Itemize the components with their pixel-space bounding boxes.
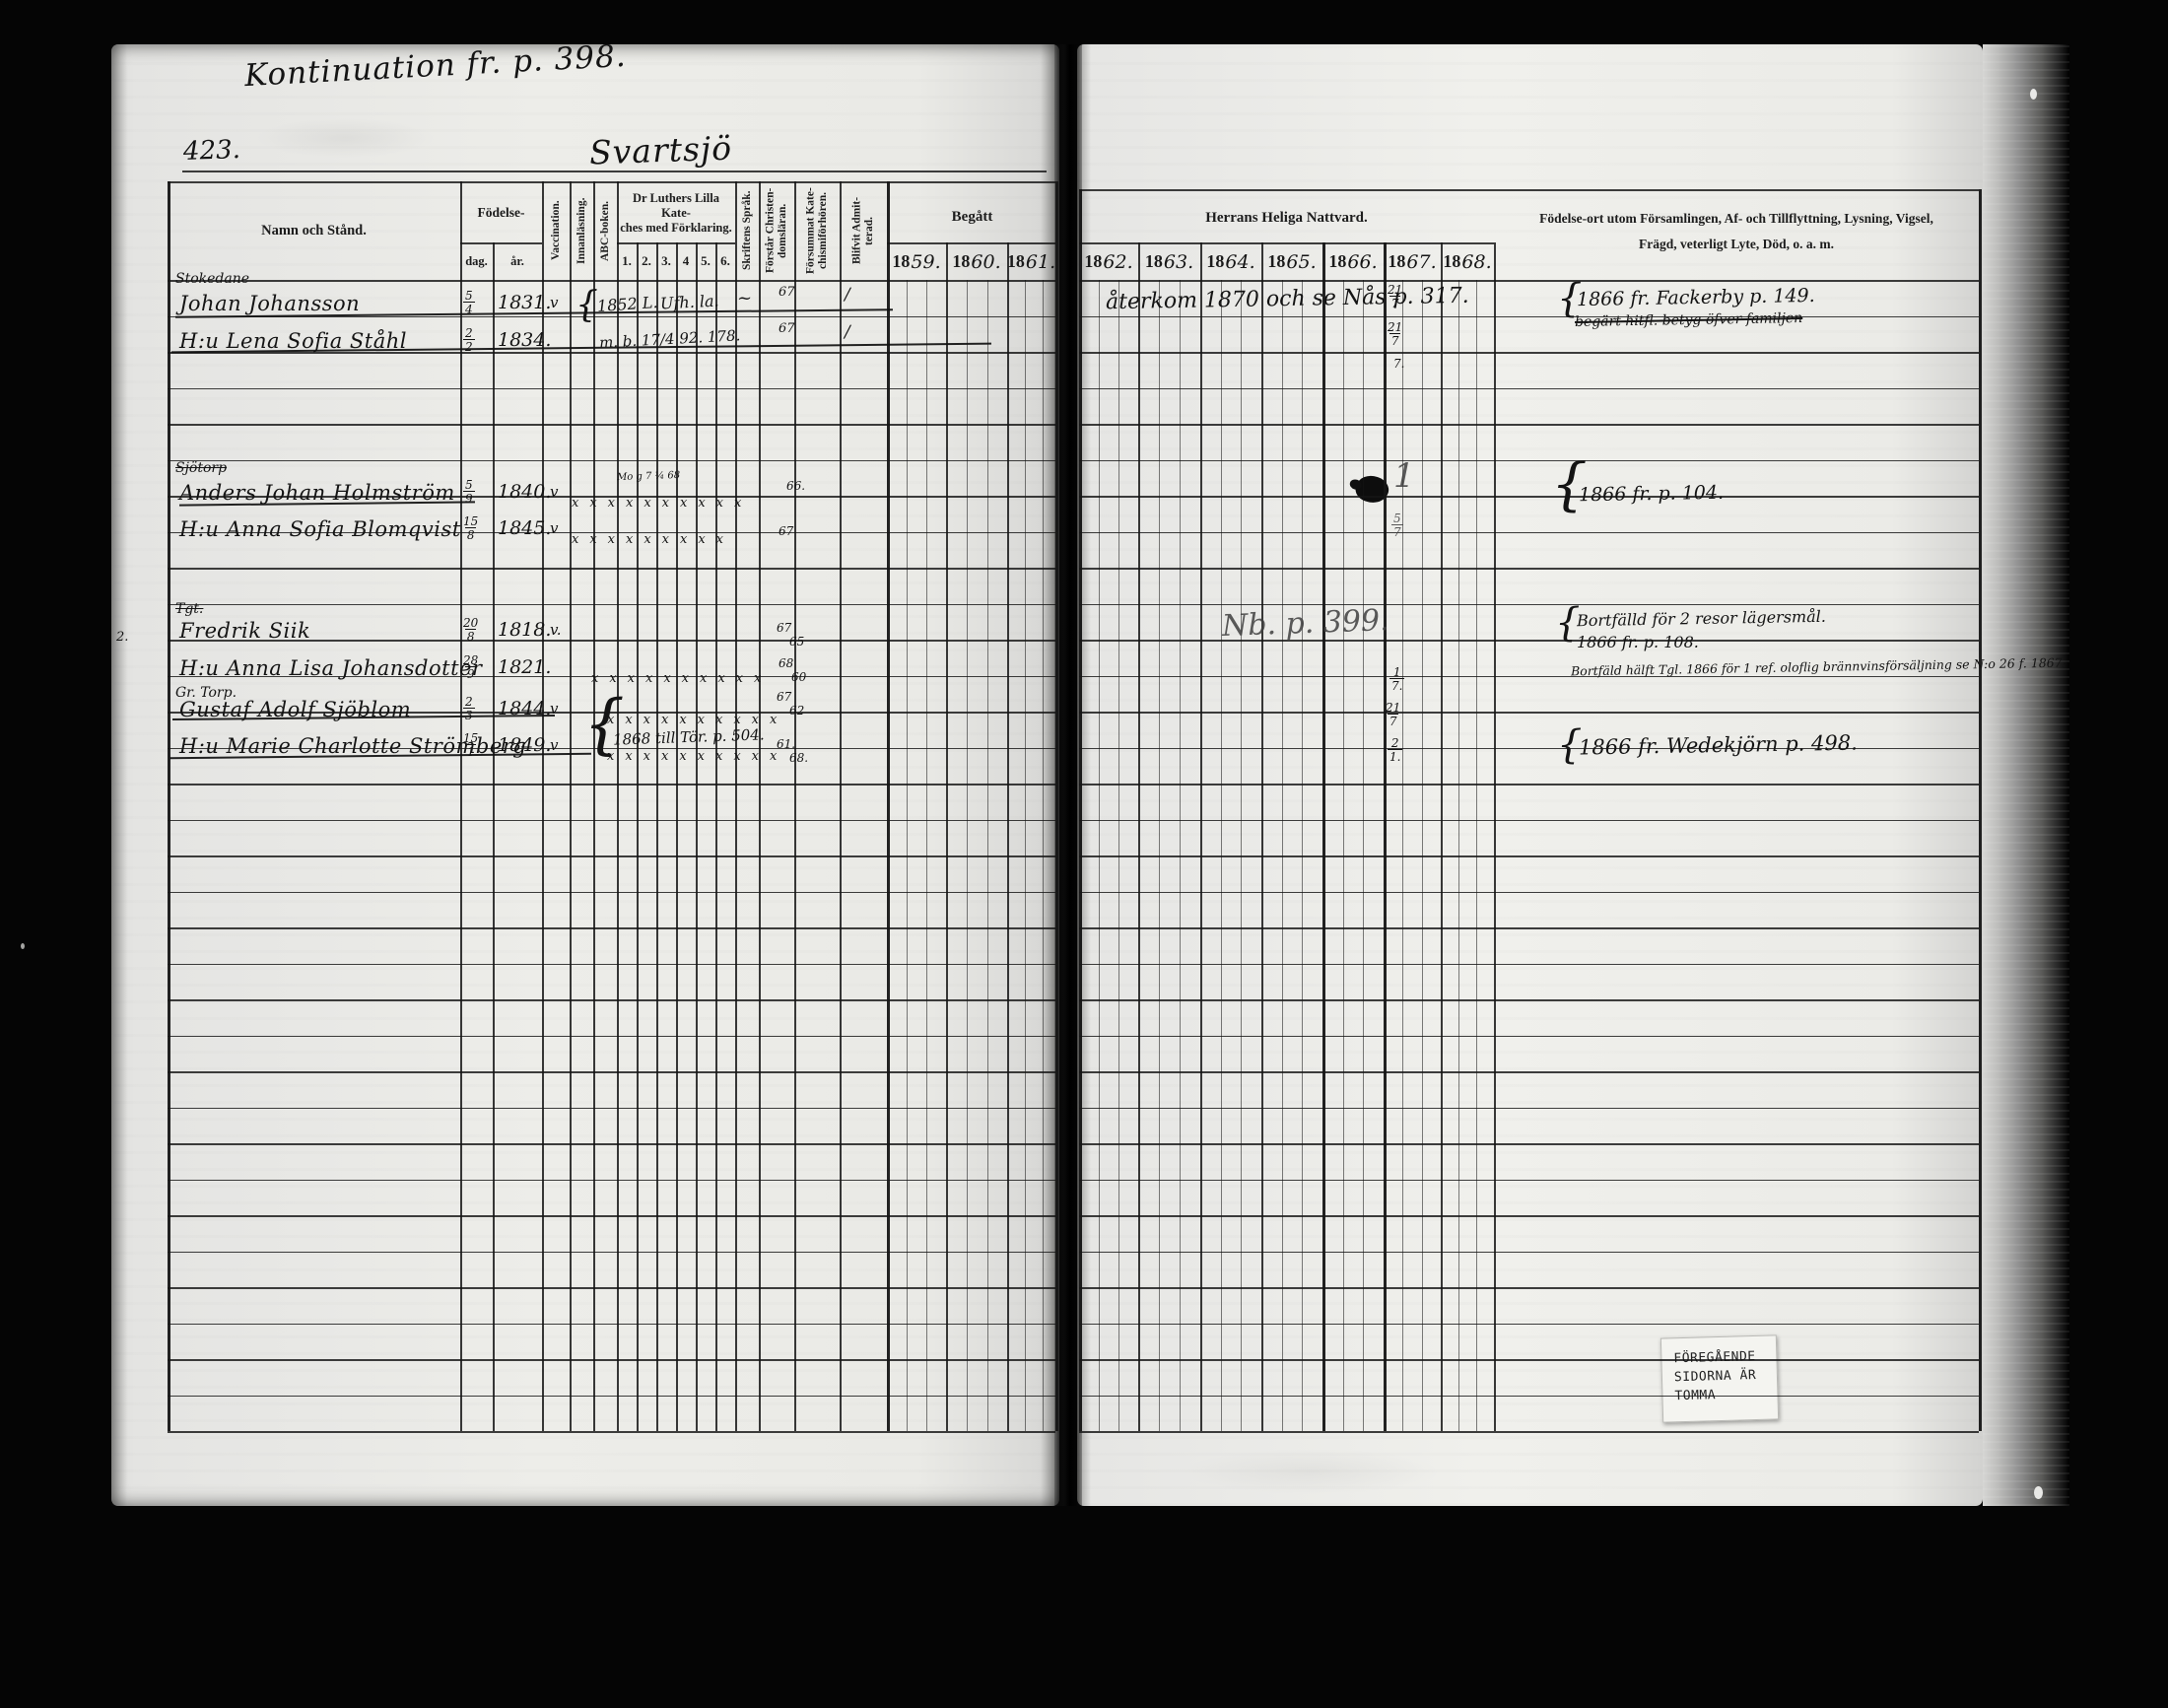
grid-hline (1079, 424, 1979, 426)
entry-group-label: Stokedane (175, 272, 249, 286)
ink-annotation: 2. (116, 631, 128, 644)
grid-hline (168, 280, 1055, 282)
entry-name: H:u Anna Sofia Blomqvist (179, 519, 461, 540)
entry-birth-day: 54 (463, 290, 475, 315)
grid-hline (1079, 927, 1979, 929)
entry-birth-day: 158 (463, 515, 478, 541)
page-edges (1983, 44, 2069, 1506)
entry-catechism-marks: xxxxxxxxx (572, 533, 734, 546)
grid-hline (1079, 1431, 1979, 1433)
grid-hline (1079, 280, 1979, 282)
ink-annotation: 1866 fr. p. 104. (1579, 484, 1724, 506)
header-catechism: Dr Luthers Lilla Kate- ches med Förklari… (617, 185, 735, 240)
header-catechism-number: 2. (637, 242, 656, 280)
ink-annotation: Ufh. la. (660, 293, 719, 311)
entry-catechism-marks: xxxxxxxxxx (572, 497, 752, 510)
grid-vline (794, 181, 796, 1431)
grid-hline (168, 460, 1055, 462)
scan-fleck (21, 943, 25, 949)
entry-vaccination-mark: v (550, 521, 558, 536)
entry-birth-day: 289 (463, 654, 478, 680)
header-catechism-number: 5. (696, 242, 715, 280)
grid-vline (542, 181, 544, 1431)
header-vertical-col: Skriftens Språk. (735, 185, 759, 276)
entry-vaccination-mark: v. (550, 623, 561, 638)
entry-group-label: Tgt. (175, 602, 203, 616)
grid-vline (1979, 189, 1982, 1431)
header-vertical-col: Vaccination. (542, 185, 570, 276)
grid-hline (460, 242, 542, 244)
grid-hline (1079, 189, 1979, 191)
grid-hline (168, 1287, 1055, 1289)
grid-hline (1079, 855, 1979, 857)
grid-hline (1079, 388, 1979, 390)
grid-hline (1079, 1036, 1979, 1038)
grid-hline (168, 388, 1055, 390)
grid-hline (168, 604, 1055, 606)
entry-birth-year: 1821. (498, 658, 551, 677)
grid-vline (1079, 189, 1082, 1431)
entry-vaccination-mark: v (550, 485, 558, 500)
grid-hline (1079, 1108, 1979, 1110)
grid-hline (168, 1359, 1055, 1361)
ink-annotation: Bortfälld för 2 resor lägersmål. (1577, 609, 1826, 629)
entry-catechism-marks: xxxxxxxxxx (591, 672, 772, 685)
grid-hline (168, 855, 1055, 857)
ink-annotation: 66. (786, 480, 805, 492)
ink-fraction: 217 (1388, 321, 1402, 347)
ink-annotation: 67 (777, 622, 791, 634)
grid-hline (168, 1180, 1055, 1182)
ink-fraction: 217 (1386, 702, 1400, 727)
grid-hline (1079, 604, 1979, 606)
entry-catechism-marks: xxxxxxxxxx (607, 750, 787, 763)
grid-hline (1079, 568, 1979, 570)
begatt-year: 1859. (887, 242, 946, 280)
grid-hline (1079, 1359, 1979, 1361)
scan-fleck (2030, 89, 2037, 100)
ink-annotation: 1866 fr. Fackerby p. 149. (1577, 287, 1815, 309)
ink-fraction: 217 (1388, 284, 1402, 309)
entry-birth-year: 1831. (498, 294, 551, 312)
ink-annotation: 65 (789, 636, 804, 648)
archive-stamp: FÖREGÅENDE SIDORNA ÄR TOMMA (1660, 1334, 1779, 1422)
entry-name: Anders Johan Holmström (179, 483, 455, 504)
grid-hline (1079, 352, 1979, 354)
ink-annotation: 7. (1393, 358, 1404, 370)
ink-annotation: ∕ (845, 287, 850, 304)
entry-vaccination-mark: v (550, 738, 558, 753)
grid-hline (168, 1143, 1055, 1145)
grid-hline (1079, 1215, 1979, 1217)
grid-hline (1079, 999, 1979, 1001)
grid-hline (168, 999, 1055, 1001)
header-catechism-number: 3. (656, 242, 676, 280)
grid-hline (1079, 964, 1979, 966)
grid-hline (168, 424, 1055, 426)
header-catechism-number: 4 (676, 242, 696, 280)
grid-hline (168, 1215, 1055, 1217)
ink-annotation: 68 (779, 657, 793, 669)
grid-hline (1079, 1143, 1979, 1145)
grid-vline (1055, 181, 1058, 1431)
header-vertical-col: Innanläsning. (570, 185, 593, 276)
grid-vline (735, 181, 737, 1431)
book-gutter (1054, 44, 1082, 1506)
grid-hline (1079, 1071, 1979, 1073)
entry-name: H:u Anna Lisa Johansdotter (179, 658, 482, 679)
communion-year: 1864. (1200, 242, 1261, 280)
grid-hline (168, 1036, 1055, 1038)
header-vertical-col: Försummat Kate- chismiförhören. (794, 185, 840, 276)
grid-hline (1079, 640, 1979, 642)
header-birth-day: dag. (460, 242, 493, 280)
ink-annotation: 68. (789, 752, 808, 764)
header-catechism-number: 1. (617, 242, 637, 280)
entry-vaccination-mark: v (550, 296, 558, 310)
ink-annotation: Nb. p. 399. (1222, 606, 1390, 642)
ink-annotation: 1 (1393, 459, 1415, 493)
grid-hline (1079, 460, 1979, 462)
communion-year: 1862. (1079, 242, 1138, 280)
ink-annotation: { (576, 288, 598, 323)
grid-hline (1079, 1180, 1979, 1182)
grid-vline (460, 181, 462, 1431)
begatt-year: 1861. (1007, 242, 1055, 280)
grid-hline (168, 1324, 1055, 1326)
ink-annotation: 67 (779, 322, 795, 335)
grid-hline (1079, 496, 1979, 498)
grid-hline (168, 1431, 1055, 1433)
grid-hline (1079, 676, 1979, 678)
ink-annotation: 1866 fr. p. 108. (1577, 635, 1699, 650)
grid-vline (570, 181, 572, 1431)
header-vertical-col: ABC-boken. (593, 185, 617, 276)
entry-catechism-marks: xxxxxxxxxx (607, 714, 787, 726)
grid-vline (887, 181, 890, 1431)
communion-year: 1866. (1322, 242, 1384, 280)
ink-fraction: 57 (1391, 512, 1403, 538)
grid-hline (1079, 892, 1979, 894)
grid-hline (168, 1252, 1055, 1254)
entry-birth-year: 1818. (498, 621, 551, 640)
grid-vline (759, 181, 761, 1431)
grid-hline (168, 568, 1055, 570)
grid-vline (168, 181, 170, 1431)
entry-group-label: Sjötorp (175, 461, 227, 475)
ink-annotation: begärt hitfl. betyg öfver familjen (1575, 311, 1802, 329)
grid-hline (168, 181, 1055, 183)
entry-birth-year: 1845. (498, 519, 551, 538)
ink-annotation: 1852 L. (597, 295, 658, 314)
ink-annotation: 67 (779, 525, 793, 537)
grid-hline (168, 1071, 1055, 1073)
ink-fraction: 17. (1389, 666, 1404, 692)
grid-hline (168, 1108, 1055, 1110)
grid-hline (1079, 784, 1979, 786)
ink-annotation: 61. (777, 738, 795, 750)
entry-birth-day: 208 (463, 617, 478, 643)
grid-hline (1079, 820, 1979, 822)
grid-hline (1079, 316, 1979, 318)
ink-annotation: 67 (779, 286, 795, 299)
grid-vline (840, 181, 842, 1431)
header-catechism-number: 6. (715, 242, 735, 280)
grid-hline (1079, 1252, 1979, 1254)
scanned-parish-register: Kontinuation fr. p. 398. 423. Svartsjö N… (0, 0, 2168, 1708)
ink-annotation: 67 (777, 691, 791, 703)
ink-annotation: ~ (737, 290, 752, 307)
header-name-col: Namn och Stånd. (168, 181, 460, 280)
header-remarks: Födelse-ort utom Församlingen, Af- och T… (1506, 197, 1967, 266)
grid-hline (168, 927, 1055, 929)
entry-birth-year: 1840. (498, 483, 551, 502)
grid-hline (168, 820, 1055, 822)
entry-birth-year: 1849. (498, 736, 551, 755)
header-begatt: Begått (887, 193, 1057, 240)
entry-name: Fredrik Siik (179, 621, 310, 642)
communion-year: 1863. (1138, 242, 1200, 280)
header-birth: Födelse- (460, 187, 542, 239)
communion-year: 1867. (1384, 242, 1441, 280)
ink-annotation: ∕ (845, 324, 850, 341)
grid-hline (168, 892, 1055, 894)
top-rule (182, 171, 1047, 172)
parish-title: Svartsjö (588, 131, 732, 169)
begatt-year: 1860. (946, 242, 1007, 280)
ink-annotation: 62 (789, 705, 804, 717)
communion-year: 1868. (1441, 242, 1494, 280)
grid-hline (1079, 712, 1979, 714)
ink-fraction: 21. (1388, 737, 1402, 763)
header-vertical-col: Blifvit Admit- terad. (840, 185, 887, 276)
grid-hline (1079, 1324, 1979, 1326)
grid-hline (168, 784, 1055, 786)
entry-name: Johan Johansson (179, 294, 360, 314)
communion-year: 1865. (1261, 242, 1322, 280)
header-birth-year: år. (493, 242, 542, 280)
scan-fleck (2034, 1486, 2043, 1499)
grid-hline (1079, 1287, 1979, 1289)
header-vertical-col: Förstår Christen- domsläran. (759, 185, 794, 276)
grid-hline (1079, 1396, 1979, 1398)
grid-vline (593, 181, 595, 1431)
page-number: 423. (183, 137, 241, 165)
ink-annotation: 60 (791, 671, 806, 683)
grid-vline (617, 181, 619, 1431)
grid-hline (168, 1396, 1055, 1398)
grid-hline (1079, 532, 1979, 534)
header-communion: Herrans Heliga Nattvard. (1079, 195, 1494, 240)
grid-hline (168, 964, 1055, 966)
ink-annotation: 1866 fr. Wedekjörn p. 498. (1579, 733, 1858, 759)
